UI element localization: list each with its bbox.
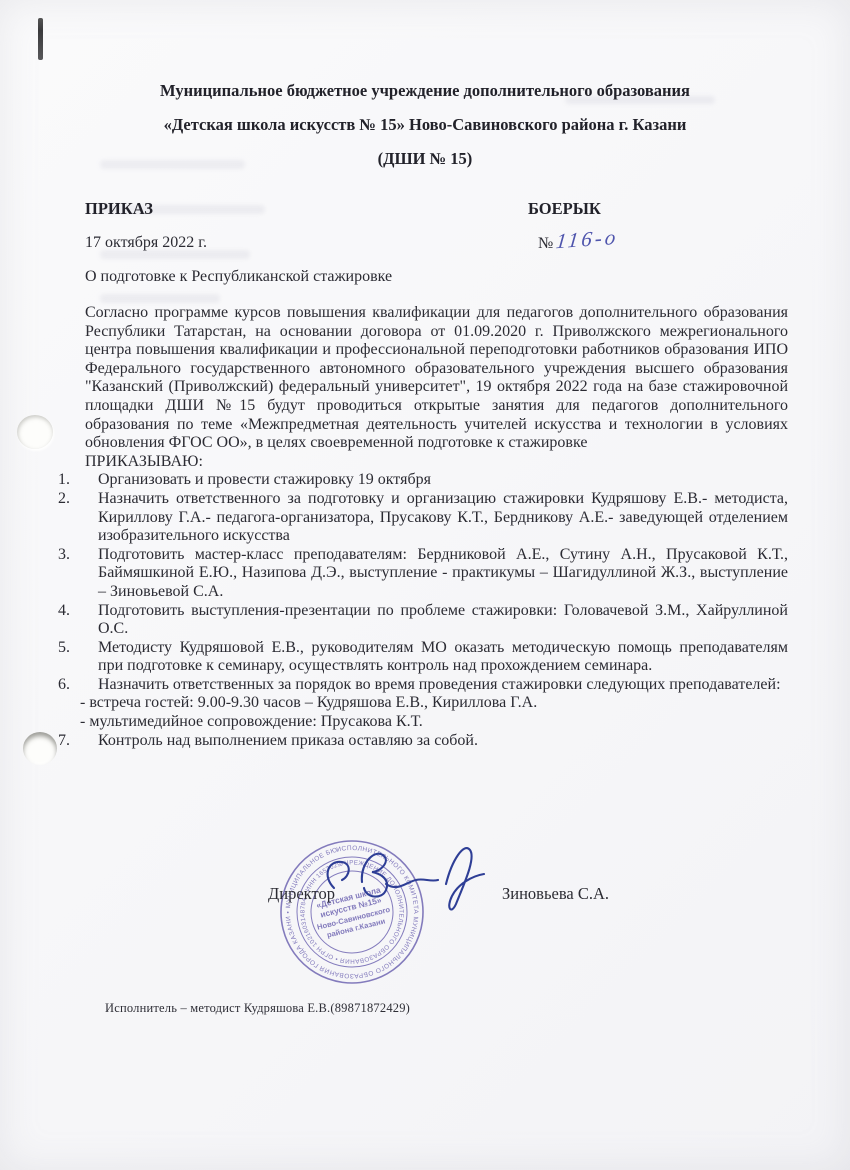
punch-hole-top [17, 415, 53, 449]
order-title-ru: ПРИКАЗ [85, 199, 153, 219]
order-item-3: 3. Подготовить мастер-класс преподавател… [58, 546, 788, 602]
scan-artifact-mark [38, 18, 43, 60]
item-number: 3. [58, 546, 98, 602]
header-line-3: (ДШИ № 15) [60, 142, 790, 176]
item-subline-1: - встреча гостей: 9.00-9.30 часов – Кудр… [80, 694, 788, 713]
item-number: 4. [58, 602, 98, 639]
order-item-4: 4. Подготовить выступления-презентации п… [58, 602, 788, 639]
item-number: 2. [58, 490, 98, 546]
handwritten-order-number: 116-о [555, 225, 620, 255]
item-number: 5. [58, 639, 98, 676]
order-body: Согласно программе курсов повышения квал… [58, 304, 788, 750]
order-item-1: 1. Организовать и провести стажировку 19… [58, 471, 788, 490]
number-sign: № [538, 235, 553, 253]
order-item-7: 7. Контроль над выполнением приказа оста… [58, 732, 788, 751]
executor-line: Исполнитель – методист Кудряшова Е.В.(89… [105, 1001, 410, 1016]
signature-stroke [362, 854, 387, 897]
scanned-order-page: Муниципальное бюджетное учреждение допол… [0, 0, 850, 1170]
order-title-tatar: БОЕРЫК [528, 199, 601, 219]
header-line-2: «Детская школа искусств № 15» Ново-Савин… [60, 108, 790, 142]
item-subline-2: - мультимедийное сопровождение: Прусаков… [80, 713, 788, 732]
preamble-paragraph: Согласно программе курсов повышения квал… [85, 304, 788, 453]
item-number: 1. [58, 471, 98, 490]
item-text: Методисту Кудряшовой Е.В., руководителям… [98, 639, 788, 676]
item-text: Подготовить выступления-презентации по п… [98, 602, 788, 639]
order-item-5: 5. Методисту Кудряшовой Е.В., руководите… [58, 639, 788, 676]
item-number: 7. [58, 732, 98, 751]
signature-stroke [386, 879, 438, 887]
order-subject: О подготовке к Республиканской стажировк… [85, 268, 392, 286]
signature-name: Зиновьева С.А. [502, 884, 609, 904]
signature-stroke [446, 848, 484, 909]
item-text: Назначить ответственных за порядок во вр… [98, 676, 788, 695]
document-header: Муниципальное бюджетное учреждение допол… [60, 74, 790, 176]
bleed-through-smudge [100, 294, 220, 303]
decree-word: ПРИКАЗЫВАЮ: [85, 453, 788, 472]
header-line-1: Муниципальное бюджетное учреждение допол… [60, 74, 790, 108]
item-text: Назначить ответственного за подготовку и… [98, 490, 788, 546]
punch-hole-bottom [23, 732, 57, 765]
item-text: Подготовить мастер-класс преподавателям:… [98, 546, 788, 602]
item-text: Контроль над выполнением приказа оставля… [98, 732, 788, 751]
item-text: Организовать и провести стажировку 19 ок… [98, 471, 788, 490]
order-date: 17 октября 2022 г. [85, 234, 207, 252]
order-item-2: 2. Назначить ответственного за подготовк… [58, 490, 788, 546]
signature-stroke [328, 862, 349, 888]
handwritten-signature [318, 840, 513, 924]
order-item-6: 6. Назначить ответственных за порядок во… [58, 676, 788, 732]
